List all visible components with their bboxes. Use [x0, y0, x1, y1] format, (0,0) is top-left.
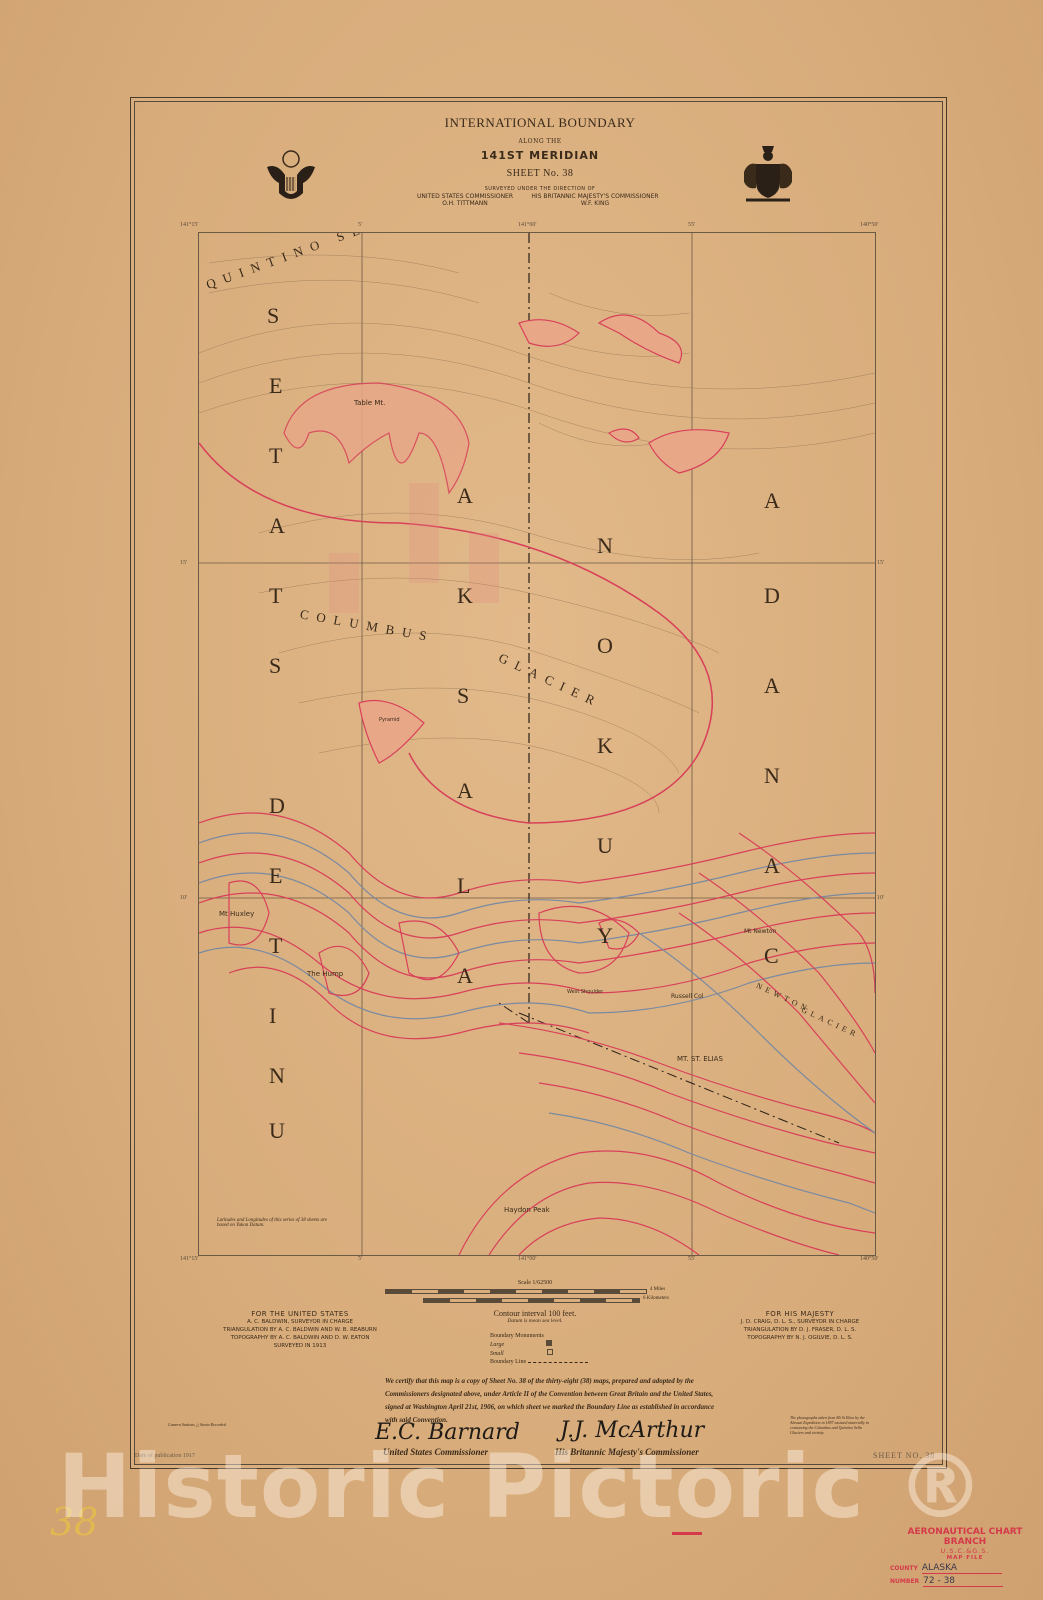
- grid-bottom-4: 55': [688, 1256, 695, 1262]
- br-credits: FOR HIS MAJESTY J. D. CRAIG, D. L. S., S…: [725, 1310, 875, 1342]
- region-yukon-y: Y: [597, 923, 613, 949]
- place-table-mt: Table Mt.: [354, 399, 385, 407]
- us-eagle-seal-icon: [263, 145, 319, 207]
- stamp-org: U.S.C.&G.S.: [890, 1547, 1040, 1555]
- region-united-states-e: E: [269, 373, 282, 399]
- region-united-states-t: T: [269, 443, 282, 469]
- br-commissioner: HIS BRITANNIC MAJESTY'S COMMISSIONER W.F…: [525, 193, 665, 207]
- region-united-states-t2: T: [269, 583, 282, 609]
- region-yukon-u: U: [597, 833, 613, 859]
- grid-top-4: 55': [688, 222, 695, 228]
- side-note-left: Camera Stations △ Strata Recorded: [168, 1422, 228, 1427]
- stamp-county-value: ALASKA: [922, 1563, 1002, 1574]
- region-united-states-s2: S: [269, 653, 281, 679]
- region-canada-n: N: [764, 763, 780, 789]
- region-canada-d: D: [764, 583, 780, 609]
- grid-left-15: 15': [180, 560, 187, 566]
- grid-top-5: 140°50': [860, 222, 878, 228]
- stamp-county-label: COUNTY: [890, 1565, 918, 1572]
- surveyed-under: SURVEYED UNDER THE DIRECTION OF: [380, 186, 700, 192]
- place-haydon-peak: Haydon Peak: [504, 1206, 550, 1214]
- stamp-file: MAP FILE: [890, 1555, 1040, 1561]
- boundary-line-symbol: [528, 1362, 588, 1363]
- region-canada-c: C: [764, 943, 779, 969]
- monuments-heading: Boundary Monuments: [490, 1332, 685, 1340]
- br-credits-line2: TRIANGULATION BY D. J. FRASER, D. L. S.: [725, 1326, 875, 1334]
- region-yukon-n: N: [597, 533, 613, 559]
- region-alaska-a: A: [457, 483, 473, 509]
- side-note-right: The photographs taken from Mt St Elias b…: [790, 1415, 870, 1435]
- us-credits-line1: A. C. BALDWIN, SURVEYOR IN CHARGE: [195, 1318, 405, 1326]
- grid-right-10: 10': [877, 895, 884, 901]
- region-canada-a2: A: [764, 673, 780, 699]
- map-title: INTERNATIONAL BOUNDARY: [380, 115, 700, 131]
- place-pyramid: Pyramid: [379, 717, 400, 723]
- us-commissioner-title: UNITED STATES COMMISSIONER: [400, 193, 530, 200]
- stamp-mark: [672, 1532, 702, 1535]
- us-credits-heading: FOR THE UNITED STATES: [195, 1310, 405, 1318]
- datum-note: Latitudes and Longitudes of this series …: [217, 1218, 337, 1228]
- scale-miles-label: 4 Miles: [650, 1287, 665, 1292]
- region-united-states-i: I: [269, 1003, 276, 1029]
- chart-branch-stamp: AERONAUTICAL CHART BRANCH U.S.C.&G.S. MA…: [890, 1527, 1040, 1587]
- br-commissioner-name: W.F. KING: [525, 200, 665, 207]
- region-united-states-d: D: [269, 793, 285, 819]
- boundary-monuments-legend: Boundary Monuments Large Small Boundary …: [490, 1332, 685, 1366]
- map-subtitle-along: ALONG THE: [380, 138, 700, 145]
- region-alaska-l: L: [457, 873, 470, 899]
- region-united-states-u: U: [269, 1118, 285, 1144]
- stamp-number-label: NUMBER: [890, 1578, 919, 1585]
- grid-right-15: 15': [877, 560, 884, 566]
- region-canada-a: A: [764, 488, 780, 514]
- scale-label: Scale 1/62500: [385, 1280, 685, 1286]
- scale-km-label: 6 Kilometers: [643, 1296, 669, 1301]
- grid-top-1: 141°15': [180, 222, 198, 228]
- grid-bottom-5: 140°50': [860, 1256, 878, 1262]
- region-alaska-a2: A: [457, 778, 473, 804]
- region-alaska-a3: A: [457, 963, 473, 989]
- topographic-map[interactable]: S E T A T S D E T I N U A K S A L A N O …: [198, 232, 876, 1256]
- region-united-states-t3: T: [269, 933, 282, 959]
- us-commissioner-name: O.H. TITTMANN: [400, 200, 530, 207]
- place-west-shoulder: West Shoulder: [567, 989, 603, 995]
- place-the-hump: The Hump: [307, 970, 343, 978]
- monument-small-icon: [547, 1349, 553, 1355]
- scale-bar-miles: [385, 1289, 647, 1294]
- region-canada-a3: A: [764, 853, 780, 879]
- region-united-states-a: A: [269, 513, 285, 539]
- monument-large-icon: [546, 1340, 552, 1346]
- us-credits-line2: TRIANGULATION BY A. C. BALDWIN AND W. B.…: [195, 1326, 405, 1334]
- us-credits: FOR THE UNITED STATES A. C. BALDWIN, SUR…: [195, 1310, 405, 1350]
- grid-bottom-1: 141°15': [180, 1256, 198, 1262]
- region-united-states-n: N: [269, 1063, 285, 1089]
- scale-legend: Scale 1/62500 4 Miles 6 Kilometers Conto…: [385, 1280, 685, 1366]
- map-meridian: 141ST MERIDIAN: [380, 149, 700, 162]
- grid-bottom-2: 5': [358, 1256, 362, 1262]
- us-commissioner: UNITED STATES COMMISSIONER O.H. TITTMANN: [400, 193, 530, 207]
- us-credits-line4: SURVEYED IN 1913: [195, 1342, 405, 1350]
- us-credits-line3: TOPOGRAPHY BY A. C. BALDWIN AND D. W. EA…: [195, 1334, 405, 1342]
- watermark: Historic Pictoric ®: [0, 1435, 1043, 1538]
- br-commissioner-title: HIS BRITANNIC MAJESTY'S COMMISSIONER: [525, 193, 665, 200]
- stamp-number-value: 72 - 38: [923, 1576, 1003, 1587]
- place-mt-newton: Mt Newton: [744, 928, 776, 935]
- region-yukon-k: K: [597, 733, 613, 759]
- place-russell-col: Russell Col: [671, 993, 703, 1000]
- contour-layer: [199, 233, 875, 1255]
- br-credits-line1: J. D. CRAIG, D. L. S., SURVEYOR IN CHARG…: [725, 1318, 875, 1326]
- grid-top-2: 5': [358, 222, 362, 228]
- monument-small-label: Small: [490, 1351, 504, 1357]
- region-united-states-s: S: [267, 303, 279, 329]
- place-mt-st-elias: MT. ST. ELIAS: [677, 1055, 723, 1063]
- br-credits-heading: FOR HIS MAJESTY: [725, 1310, 875, 1318]
- grid-top-3: 141°00': [518, 222, 536, 228]
- grid-bottom-3: 141°00': [518, 1256, 536, 1262]
- region-yukon-o: O: [597, 633, 613, 659]
- monument-large-label: Large: [490, 1342, 504, 1348]
- datum-label: Datum is mean sea level.: [385, 1318, 685, 1324]
- scale-bar-km: [423, 1298, 640, 1303]
- stamp-title: AERONAUTICAL CHART BRANCH: [890, 1527, 1040, 1547]
- region-united-states-e2: E: [269, 863, 282, 889]
- sheet-number: SHEET No. 38: [380, 168, 700, 179]
- contour-interval: Contour interval 100 feet.: [385, 1309, 685, 1318]
- region-alaska-s: S: [457, 683, 469, 709]
- region-alaska-k: K: [457, 583, 473, 609]
- royal-coat-of-arms-icon: [740, 142, 796, 204]
- boundary-line-label: Boundary Line: [490, 1359, 526, 1365]
- br-credits-line3: TOPOGRAPHY BY N. J. OGILVIE, D. L. S.: [725, 1334, 875, 1342]
- place-mt-huxley: Mt Huxley: [219, 910, 254, 918]
- grid-left-10: 10': [180, 895, 187, 901]
